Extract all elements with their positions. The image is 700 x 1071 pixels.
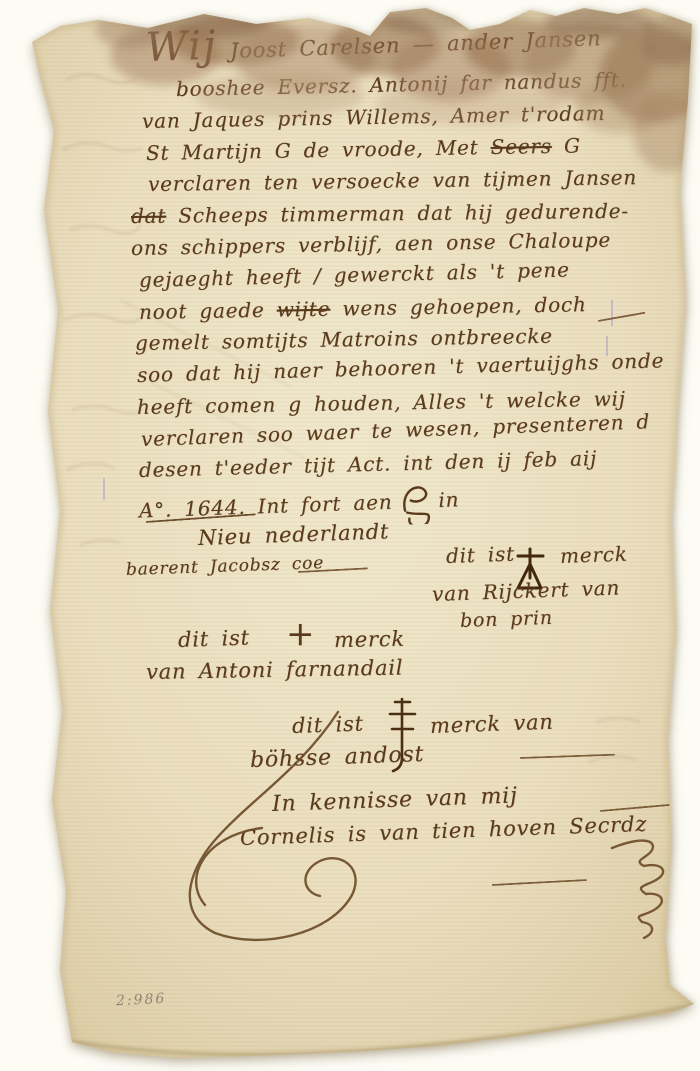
manuscript-scan: Wij Joost Carelsen — ander Jansen booshe…: [0, 0, 700, 1071]
body-line-7: ons schippers verblijf, aen onse Chaloup…: [131, 228, 611, 260]
struck-word: wijte: [276, 297, 330, 322]
body-line-10: gemelt somtijts Matroins ontbreecke: [135, 324, 553, 355]
mark-right-line2: van Rijckert van: [432, 575, 621, 606]
pencil-archive-number: 2:986: [116, 991, 167, 1010]
mark-right-line3: bon prin: [460, 607, 554, 632]
closing-line-1: In kennisse van mij: [272, 783, 519, 817]
mark-center-prefix: dit ist: [292, 712, 365, 738]
body-line-11: soo dat hij naer behooren 't vaertuijghs…: [137, 348, 665, 387]
closing-line-2-notary: Cornelis is van tien hoven Secrdz: [240, 812, 648, 850]
line-filler-dash: [598, 312, 646, 322]
mark-left-line2: van Antoni farnandail: [146, 656, 404, 684]
mark-left-prefix: dit ist: [178, 626, 251, 652]
struck-word: dat: [131, 204, 166, 228]
mark-center-dash: [520, 754, 615, 759]
witness-signature: baerent Jacobsz coe: [126, 553, 325, 580]
body-line-6: dat Scheeps timmerman dat hij gedurende-: [131, 199, 629, 228]
body-line-2: booshee Eversz. Antonij far nandus fft.: [176, 68, 627, 101]
flourish-dash: [492, 879, 587, 886]
closing-dash: [600, 804, 670, 812]
mark-right-label: merck: [560, 542, 628, 568]
mark-center-label: merck van: [430, 710, 554, 738]
mark-right-prefix: dit ist: [446, 542, 516, 568]
mark-left-label: merck: [334, 627, 405, 652]
body-line-5: verclaren ten versoecke van tijmen Janse…: [148, 165, 637, 196]
body-line-4: St Martijn G de vroode, Met Seers G: [146, 133, 581, 165]
struck-word: Seers: [490, 134, 552, 159]
body-line-3: van Jaques prins Willems, Amer t'rodam: [142, 101, 606, 133]
body-line-14: desen t'eeder tijt Act. int den ij feb a…: [139, 446, 598, 482]
body-line-8: gejaeght heeft / gewerckt als 't pene: [139, 257, 570, 292]
body-line-9: noot gaede wijte wens gehoepen, doch: [139, 292, 587, 324]
cross-mark-plus: +: [286, 614, 315, 654]
body-line-1: Wij Joost Carelsen — ander Jansen: [146, 26, 602, 66]
opening-word: Wij: [145, 23, 218, 71]
ink-layer: Wij Joost Carelsen — ander Jansen booshe…: [0, 0, 700, 1071]
notary-paraph-icon: [398, 480, 434, 525]
